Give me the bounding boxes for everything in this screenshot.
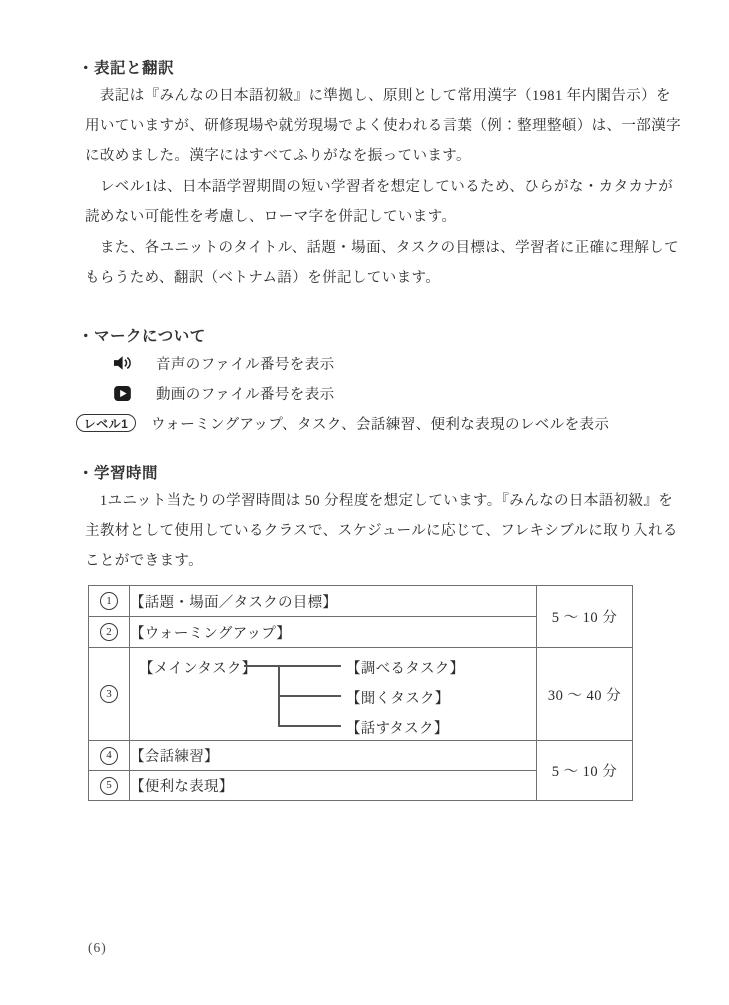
text-line: に改めました。漢字にはすべてふりがなを振っています。 xyxy=(85,141,695,171)
branch-line xyxy=(278,725,341,727)
study-heading: ・学習時間 xyxy=(78,463,695,485)
text-line: 主教材として使用しているクラスで、スケジュールに応じて、フレキシブルに取り入れる xyxy=(85,516,695,546)
row-number-cell: 3 xyxy=(89,648,130,741)
row-number-cell: 1 xyxy=(89,586,130,617)
table-row: 3 【メインタスク】 【調べるタスク】 【聞くタスク】 【話すタスク】 xyxy=(89,648,633,741)
document-page: ・表記と翻訳 表記は『みんなの日本語初級』に準拠し、原則として常用漢字（1981… xyxy=(0,0,729,1005)
main-task-diagram: 【メインタスク】 【調べるタスク】 【聞くタスク】 【話すタスク】 xyxy=(130,648,536,740)
row-number-cell: 4 xyxy=(89,741,130,771)
row-number-cell: 5 xyxy=(89,771,130,801)
branch-main-label: 【メインタスク】 xyxy=(139,657,257,678)
row-label-cell: 【会話練習】 xyxy=(130,741,537,771)
mark-audio-label: 音声のファイル番号を表示 xyxy=(156,353,335,374)
row-number-cell: 2 xyxy=(89,617,130,648)
circled-number: 2 xyxy=(100,623,118,641)
circled-number: 5 xyxy=(100,777,118,795)
notation-paragraph-3: また、各ユニットのタイトル、話題・場面、タスクの目標は、学習者に正確に理解して … xyxy=(78,233,695,293)
text-line: また、各ユニットのタイトル、話題・場面、タスクの目標は、学習者に正確に理解して xyxy=(85,233,695,263)
time-cell: 5 ～ 10 分 xyxy=(537,586,633,648)
text-line: 読めない可能性を考慮し、ローマ字を併記しています。 xyxy=(85,202,695,232)
mark-row-level: レベル1 ウォーミングアップ、タスク、会話練習、便利な表現のレベルを表示 xyxy=(78,408,695,438)
branch-child-label: 【調べるタスク】 xyxy=(346,657,464,678)
table-row: 1 【話題・場面／タスクの目標】 5 ～ 10 分 xyxy=(89,586,633,617)
marks-heading: ・マークについて xyxy=(78,326,695,348)
mark-level-label: ウォーミングアップ、タスク、会話練習、便利な表現のレベルを表示 xyxy=(151,413,609,434)
mark-row-audio: 音声のファイル番号を表示 xyxy=(78,348,695,378)
section-notation: ・表記と翻訳 表記は『みんなの日本語初級』に準拠し、原則として常用漢字（1981… xyxy=(78,58,695,293)
text-line: 用いていますが、研修現場や就労現場でよく使われる言葉（例：整理整頓）は、一部漢字 xyxy=(85,111,695,141)
text-line: 表記は『みんなの日本語初級』に準拠し、原則として常用漢字（1981 年内閣告示）… xyxy=(85,81,695,111)
branch-child-label: 【話すタスク】 xyxy=(346,717,449,738)
section-study-time: ・学習時間 1ユニット当たりの学習時間は 50 分程度を想定しています。『みんな… xyxy=(78,463,695,801)
text-line: ことができます。 xyxy=(85,546,695,576)
study-paragraph: 1ユニット当たりの学習時間は 50 分程度を想定しています。『みんなの日本語初級… xyxy=(78,486,695,576)
circled-number: 3 xyxy=(100,685,118,703)
text-line: もらうため、翻訳（ベトナム語）を併記しています。 xyxy=(85,263,695,293)
notation-heading: ・表記と翻訳 xyxy=(78,58,695,80)
circled-number: 1 xyxy=(100,592,118,610)
table-row: 4 【会話練習】 5 ～ 10 分 xyxy=(89,741,633,771)
time-cell: 30 ～ 40 分 xyxy=(537,648,633,741)
section-marks: ・マークについて 音声のファイル番号を表示 xyxy=(78,326,695,438)
circled-number: 4 xyxy=(100,747,118,765)
mark-video-label: 動画のファイル番号を表示 xyxy=(156,383,335,404)
time-cell: 5 ～ 10 分 xyxy=(537,741,633,801)
branch-line xyxy=(278,695,341,697)
text-line: 1ユニット当たりの学習時間は 50 分程度を想定しています。『みんなの日本語初級… xyxy=(85,486,695,516)
row-label-cell: 【話題・場面／タスクの目標】 xyxy=(130,586,537,617)
page-number: (6) xyxy=(88,940,107,956)
branch-line xyxy=(244,665,341,667)
level-badge: レベル1 xyxy=(76,414,136,432)
row-label-cell: 【便利な表現】 xyxy=(130,771,537,801)
row-label-cell: 【ウォーミングアップ】 xyxy=(130,617,537,648)
page-content: ・表記と翻訳 表記は『みんなの日本語初級』に準拠し、原則として常用漢字（1981… xyxy=(0,0,729,801)
speaker-icon xyxy=(114,355,132,371)
study-time-table: 1 【話題・場面／タスクの目標】 5 ～ 10 分 2 【ウォーミングアップ】 … xyxy=(88,585,633,801)
notation-paragraph-1: 表記は『みんなの日本語初級』に準拠し、原則として常用漢字（1981 年内閣告示）… xyxy=(78,81,695,171)
row-label-cell: 【メインタスク】 【調べるタスク】 【聞くタスク】 【話すタスク】 xyxy=(130,648,537,741)
play-icon xyxy=(114,385,132,401)
notation-paragraph-2: レベル1は、日本語学習期間の短い学習者を想定しているため、ひらがな・カタカナが … xyxy=(78,172,695,232)
mark-row-video: 動画のファイル番号を表示 xyxy=(78,378,695,408)
text-line: レベル1は、日本語学習期間の短い学習者を想定しているため、ひらがな・カタカナが xyxy=(85,172,695,202)
branch-child-label: 【聞くタスク】 xyxy=(346,687,450,708)
